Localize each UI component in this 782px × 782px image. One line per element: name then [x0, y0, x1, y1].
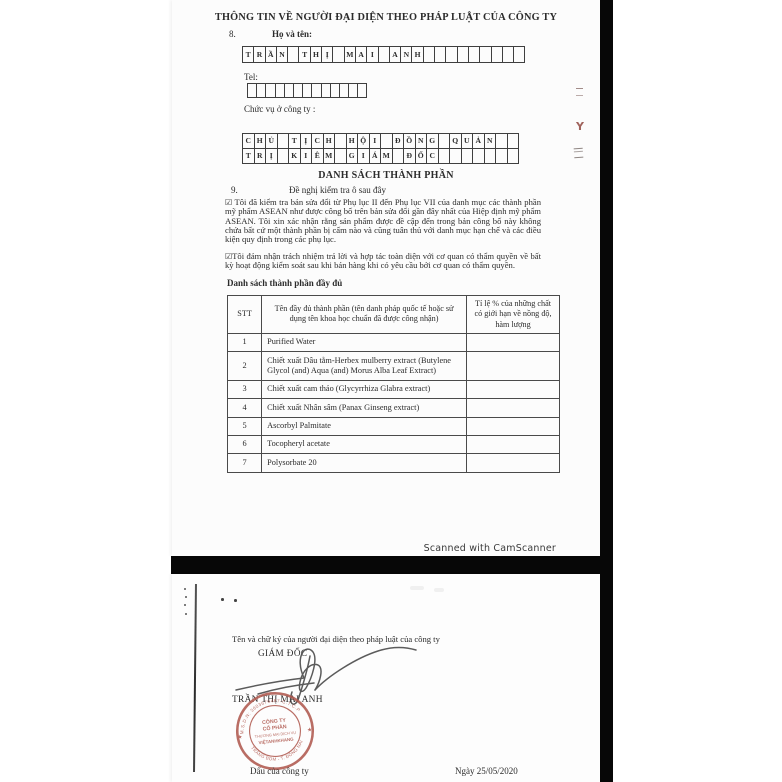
scan-black-edge-right — [600, 0, 613, 782]
ingredient-cell-name: Chiết xuất Nhân sâm (Panax Ginseng extra… — [262, 399, 467, 417]
ingredient-cell-stt: 5 — [228, 417, 262, 435]
page-title: THÔNG TIN VỀ NGƯỜI ĐẠI DIỆN THEO PHÁP LU… — [172, 12, 600, 23]
margin-ink-mark: Y — [576, 120, 584, 133]
date-label: Ngày 25/05/2020 — [455, 766, 518, 776]
stamp-star-icon: ★ — [307, 726, 313, 734]
company-seal-label: Dấu của công ty — [250, 766, 309, 776]
ingredient-cell-stt: 6 — [228, 435, 262, 453]
item-9-number: 9. — [231, 185, 238, 195]
position-letter-boxes-row2: TRỊKIÊMGIÁMĐỐC — [243, 148, 519, 164]
declaration-text-1: Tôi đã kiểm tra bản sửa đổi từ Phụ lục I… — [225, 197, 541, 244]
scanned-document-photo: THÔNG TIN VỀ NGƯỜI ĐẠI DIỆN THEO PHÁP LU… — [0, 0, 782, 782]
faint-smudge — [410, 586, 424, 590]
empty-letter-box — [357, 83, 367, 98]
document-page-2: Tên và chữ ký của người đại diện theo ph… — [172, 574, 600, 782]
ink-dot — [184, 604, 186, 606]
ingredient-cell-name: Chiết xuất Dâu tằm-Herbex mulberry extra… — [262, 352, 467, 381]
camscanner-watermark: Scanned with CamScanner — [424, 543, 556, 554]
ingredient-cell-name: Purified Water — [262, 333, 467, 351]
ingredient-cell-ratio — [467, 399, 560, 417]
section-title-ingredients: DANH SÁCH THÀNH PHẦN — [172, 170, 600, 181]
ingredient-row: 4Chiết xuất Nhân sâm (Panax Ginseng extr… — [228, 399, 560, 417]
ingredients-table-header: STT Tên đầy đủ thành phần (tên danh pháp… — [228, 296, 560, 334]
item-9-label: Đề nghị kiểm tra ô sau đây — [289, 185, 386, 195]
header-stt: STT — [228, 296, 262, 334]
ingredient-cell-ratio — [467, 352, 560, 381]
ingredients-table-caption: Danh sách thành phần đầy đủ — [227, 278, 342, 288]
empty-letter-box — [507, 148, 520, 164]
ink-dot — [221, 598, 224, 601]
ingredient-cell-ratio — [467, 435, 560, 453]
ingredient-row: 6Tocopheryl acetate — [228, 435, 560, 453]
ingredients-table-body: 1Purified Water2Chiết xuất Dâu tằm-Herbe… — [228, 333, 560, 472]
document-page-1: THÔNG TIN VỀ NGƯỜI ĐẠI DIỆN THEO PHÁP LU… — [172, 0, 600, 556]
ingredient-cell-ratio — [467, 333, 560, 351]
full-name-letter-boxes: TRẦNTHỊMAIANH — [243, 46, 525, 63]
ingredient-cell-name: Chiết xuất cam thảo (Glycyrrhiza Glabra … — [262, 380, 467, 398]
ink-dot — [184, 588, 186, 590]
ink-dot — [185, 596, 187, 598]
ingredient-row: 2Chiết xuất Dâu tằm-Herbex mulberry extr… — [228, 352, 560, 381]
ink-dot — [185, 613, 187, 615]
margin-smudge-mark — [576, 88, 583, 96]
ingredients-table: STT Tên đầy đủ thành phần (tên danh pháp… — [227, 295, 560, 473]
empty-letter-box — [513, 46, 525, 63]
ingredient-row: 3Chiết xuất cam thảo (Glycyrrhiza Glabra… — [228, 380, 560, 398]
ingredient-row: 7Polysorbate 20 — [228, 454, 560, 472]
ingredient-cell-ratio — [467, 380, 560, 398]
header-ratio: Tỉ lệ % của những chất có giới hạn về nồ… — [467, 296, 560, 334]
declaration-paragraph-2: ☑Tôi đảm nhận trách nhiệm trả lời và hợp… — [225, 252, 541, 271]
ingredient-cell-name: Tocopheryl acetate — [262, 435, 467, 453]
ingredient-cell-ratio — [467, 417, 560, 435]
ingredient-cell-stt: 2 — [228, 352, 262, 381]
scan-black-separator — [171, 556, 613, 574]
declaration-text-2: Tôi đảm nhận trách nhiệm trả lời và hợp … — [225, 251, 541, 270]
tel-label: Tel: — [244, 72, 258, 82]
ingredient-row: 5Ascorbyl Palmitate — [228, 417, 560, 435]
declaration-paragraph-1: ☑ Tôi đã kiểm tra bản sửa đổi từ Phụ lục… — [225, 198, 541, 244]
tel-letter-boxes — [248, 83, 367, 98]
ingredient-cell-stt: 1 — [228, 333, 262, 351]
stamp-star-icon: ★ — [237, 734, 243, 742]
ink-dot — [234, 599, 237, 602]
empty-letter-box — [507, 133, 520, 149]
ingredient-cell-name: Polysorbate 20 — [262, 454, 467, 472]
faint-smudge — [434, 588, 444, 592]
header-ingredient-name: Tên đầy đủ thành phần (tên danh pháp quố… — [262, 296, 467, 334]
position-letter-boxes-row1: CHỦTỊCHHỘIĐỒNGQUẢN — [243, 133, 519, 149]
ingredient-cell-name: Ascorbyl Palmitate — [262, 417, 467, 435]
ingredient-cell-stt: 4 — [228, 399, 262, 417]
margin-smudge-mark — [574, 148, 584, 159]
company-red-stamp: M.S.D.N: 3603676487-C.T.C.P TRẢNG BOM - … — [230, 686, 320, 776]
ingredient-cell-stt: 7 — [228, 454, 262, 472]
ingredient-row: 1Purified Water — [228, 333, 560, 351]
ingredient-cell-stt: 3 — [228, 380, 262, 398]
ingredient-cell-ratio — [467, 454, 560, 472]
item-8-number: 8. — [229, 29, 236, 39]
position-label: Chức vụ ở công ty : — [244, 104, 315, 114]
full-name-label: Họ và tên: — [272, 29, 312, 39]
page-fold-line — [193, 584, 197, 772]
